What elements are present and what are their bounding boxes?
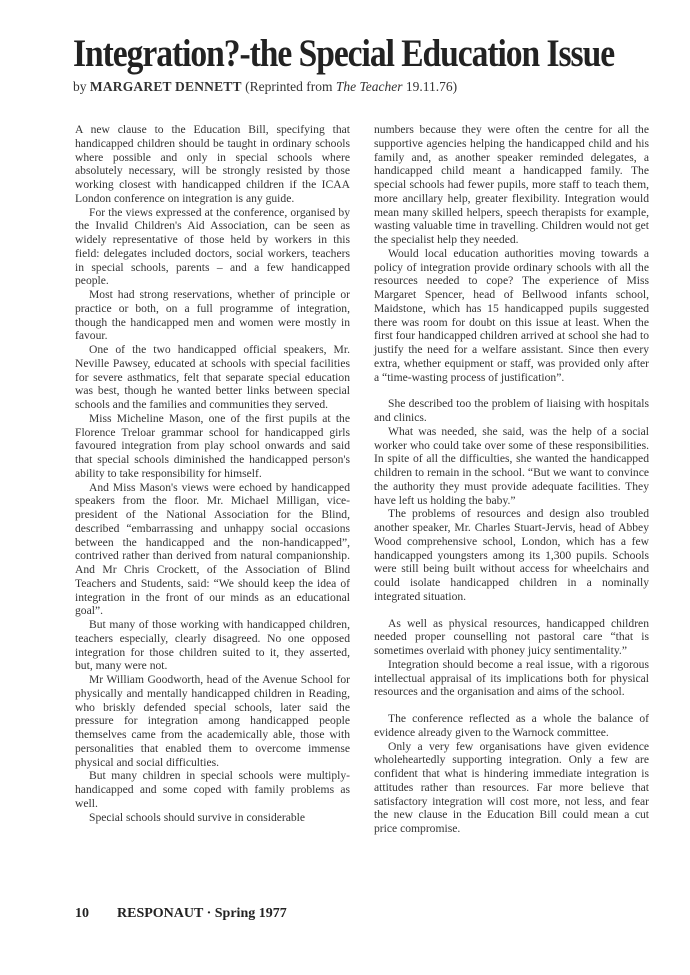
- paragraph: For the views expressed at the conferenc…: [75, 206, 350, 289]
- byline-prefix: by: [73, 79, 90, 94]
- paragraph: One of the two handicapped official spea…: [75, 343, 350, 412]
- page-footer: 10RESPONAUT · Spring 1977: [75, 906, 287, 922]
- paragraph: And Miss Mason's views were echoed by ha…: [75, 481, 350, 619]
- right-column: numbers because they were often the cent…: [374, 123, 649, 836]
- paragraph: Only a very few organisations have given…: [374, 740, 649, 836]
- byline-publication: The Teacher: [336, 79, 403, 94]
- left-column: A new clause to the Education Bill, spec…: [75, 123, 350, 824]
- magazine-name: RESPONAUT: [117, 906, 203, 921]
- article-title: Integration?-the Special Education Issue: [73, 32, 589, 76]
- paragraph: Most had strong reservations, whether of…: [75, 288, 350, 343]
- paragraph: What was needed, she said, was the help …: [374, 425, 649, 508]
- magazine-page: Integration?-the Special Education Issue…: [0, 0, 690, 975]
- paragraph: Miss Micheline Mason, one of the first p…: [75, 412, 350, 481]
- paragraph: As well as physical resources, handicapp…: [374, 617, 649, 658]
- paragraph: The problems of resources and design als…: [374, 507, 649, 603]
- paragraph: She described too the problem of liaisin…: [374, 397, 649, 425]
- article-byline: by MARGARET DENNETT (Reprinted from The …: [73, 79, 457, 95]
- paragraph: Special schools should survive in consid…: [75, 811, 350, 825]
- footer-separator: ·: [203, 906, 215, 921]
- byline-author: MARGARET DENNETT: [90, 79, 242, 94]
- paragraph: But many of those working with handicapp…: [75, 618, 350, 673]
- paragraph: But many children in special schools wer…: [75, 769, 350, 810]
- paragraph: A new clause to the Education Bill, spec…: [75, 123, 350, 206]
- paragraph: Integration should become a real issue, …: [374, 658, 649, 699]
- paragraph: The conference reflected as a whole the …: [374, 712, 649, 740]
- byline-date: 19.11.76): [402, 79, 457, 94]
- issue-label: Spring 1977: [215, 906, 287, 921]
- page-number: 10: [75, 906, 117, 922]
- byline-reprint-prefix: (Reprinted from: [242, 79, 336, 94]
- paragraph: Would local education authorities moving…: [374, 247, 649, 385]
- paragraph: Mr William Goodworth, head of the Avenue…: [75, 673, 350, 769]
- paragraph: numbers because they were often the cent…: [374, 123, 649, 247]
